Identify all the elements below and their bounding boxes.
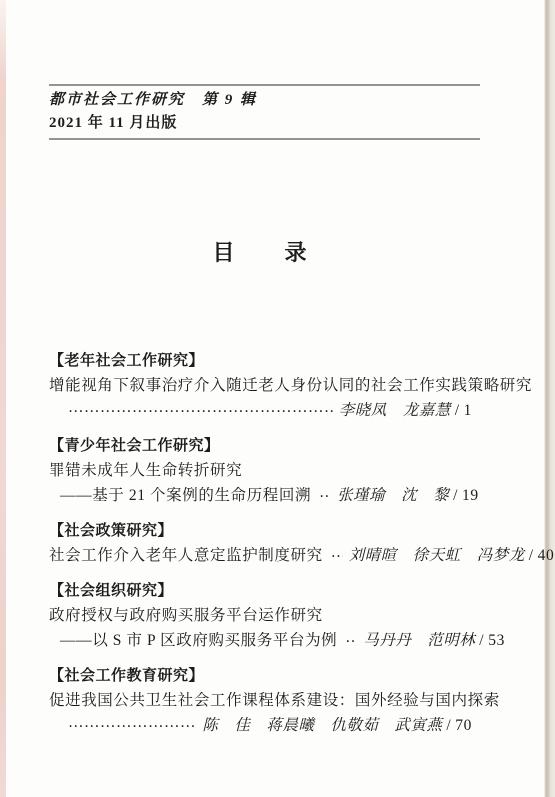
entry-title: 罪错未成年人生命转折研究 [49, 458, 242, 483]
toc-section: 【社会政策研究】 社会工作介入老年人意定监护制度研究 …………………………………… [49, 518, 472, 568]
toc-section: 【老年社会工作研究】 增能视角下叙事治疗介入随迁老人身份认同的社会工作实践策略研… [49, 348, 472, 423]
toc-section: 【青少年社会工作研究】 罪错未成年人生命转折研究 ——基于 21 个案例的生命历… [49, 433, 472, 508]
page-separator: / [442, 713, 455, 738]
leader-dots: …………………………………………………………………………………………………… [331, 540, 343, 565]
page-number: 1 [464, 398, 472, 423]
entry-authors: 李晓凤 龙嘉慧 [339, 398, 451, 423]
entry-ref-line: …………………………………………………………………………………………………… 陈… [49, 713, 472, 738]
entry-title: 政府授权与政府购买服务平台运作研究 [49, 603, 323, 628]
page-separator: / [449, 483, 462, 508]
toc-title: 目 录 [49, 238, 472, 268]
entry-ref-line: 社会工作介入老年人意定监护制度研究 …………………………………………………………… [49, 543, 472, 568]
toc-content: 目 录 【老年社会工作研究】 增能视角下叙事治疗介入随迁老人身份认同的社会工作实… [49, 0, 472, 748]
toc-section: 【社会组织研究】 政府授权与政府购买服务平台运作研究 ——以 S 市 P 区政府… [49, 578, 472, 653]
entry-title: 社会工作介入老年人意定监护制度研究 [49, 543, 323, 568]
entry-title-line: 政府授权与政府购买服务平台运作研究 [49, 603, 472, 628]
page-separator: / [475, 628, 488, 653]
section-category: 【青少年社会工作研究】 [49, 433, 472, 458]
page-separator: / [525, 543, 538, 568]
leader-dots: …………………………………………………………………………………………………… [68, 710, 196, 735]
section-category: 【老年社会工作研究】 [49, 348, 472, 373]
page-number: 19 [462, 483, 479, 508]
toc-section: 【社会工作教育研究】 促进我国公共卫生社会工作课程体系建设：国外经验与国内探索 … [49, 663, 472, 738]
page-number: 70 [455, 713, 472, 738]
section-category: 【社会政策研究】 [49, 518, 472, 543]
leader-dots: …………………………………………………………………………………………………… [345, 625, 357, 650]
left-page-edge [0, 0, 6, 797]
entry-authors: 刘晴暄 徐天虹 冯梦龙 [349, 543, 525, 568]
entry-ref-line: …………………………………………………………………………………………………… 李… [49, 398, 472, 423]
section-category: 【社会工作教育研究】 [49, 663, 472, 688]
entry-ref-line: ——以 S 市 P 区政府购买服务平台为例 ………………………………………………… [49, 628, 472, 653]
page-number: 40 [538, 543, 555, 568]
leader-dots: …………………………………………………………………………………………………… [319, 480, 331, 505]
leader-dots: …………………………………………………………………………………………………… [68, 395, 333, 420]
page-separator: / [451, 398, 464, 423]
entry-ref-line: ——基于 21 个案例的生命历程回溯 ………………………………………………………… [49, 483, 472, 508]
page-number: 53 [488, 628, 505, 653]
toc-sections: 【老年社会工作研究】 增能视角下叙事治疗介入随迁老人身份认同的社会工作实践策略研… [49, 348, 472, 738]
entry-authors: 马丹丹 范明林 [363, 628, 475, 653]
right-page-edge [542, 0, 555, 797]
entry-subtitle: ——以 S 市 P 区政府购买服务平台为例 [60, 628, 337, 653]
entry-authors: 陈 佳 蒋晨曦 仇敬茹 武寅燕 [202, 713, 442, 738]
scan-page: 都市社会工作研究 第 9 辑 2021 年 11 月出版 目 录 【老年社会工作… [0, 0, 555, 797]
entry-title-line: 罪错未成年人生命转折研究 [49, 458, 472, 483]
entry-authors: 张瑾瑜 沈 黎 [337, 483, 449, 508]
entry-subtitle: ——基于 21 个案例的生命历程回溯 [60, 483, 311, 508]
section-category: 【社会组织研究】 [49, 578, 472, 603]
